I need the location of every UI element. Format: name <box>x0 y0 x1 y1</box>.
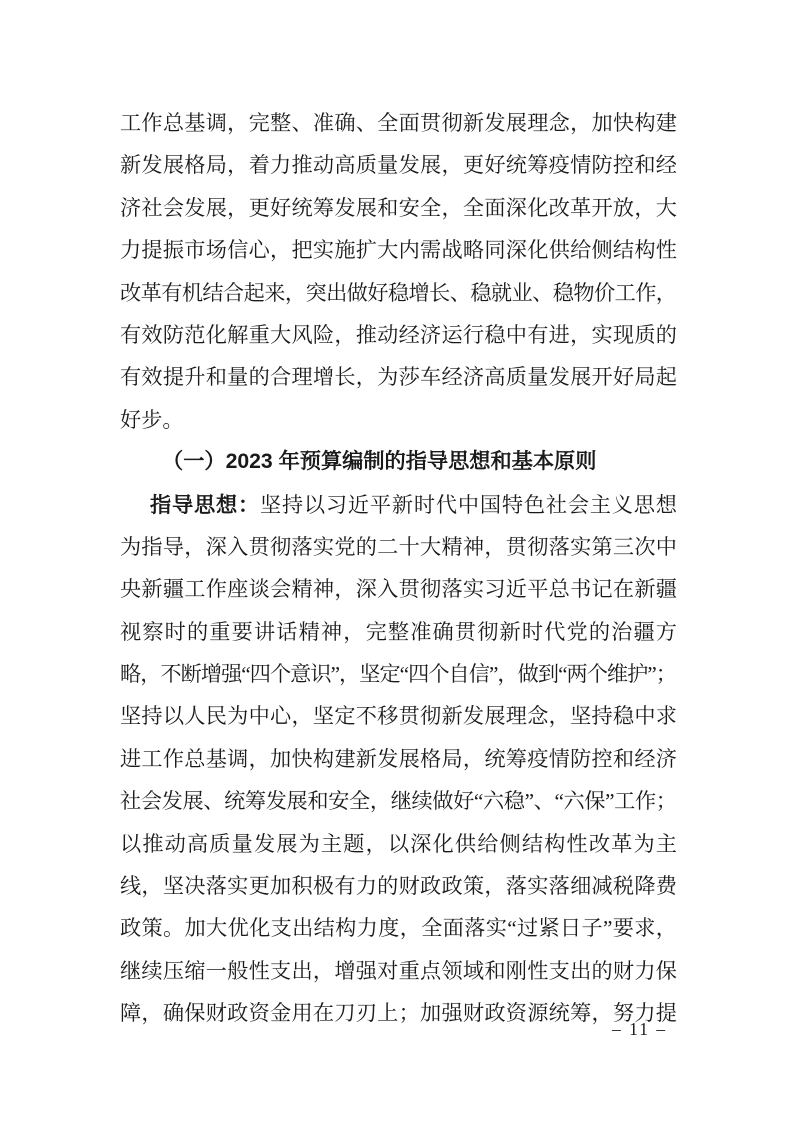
text-line: 力提振市场信心，把实施扩大内需战略同深化供给侧结构性 <box>120 229 677 271</box>
text-line: 障，确保财政资金用在刀刃上；加强财政资源统筹，努力提 <box>120 992 677 1034</box>
bold-lead: 指导思想： <box>150 494 260 517</box>
text-line: 社会发展、统筹发展和安全，继续做好“六稳”、“六保”工作； <box>120 780 677 822</box>
text-line: 改革有机结合起来，突出做好稳增长、稳就业、稳物价工作， <box>120 272 677 314</box>
text-line: 视察时的重要讲话精神，完整准确贯彻新时代党的治疆方 <box>120 611 677 653</box>
text-line: 济社会发展，更好统筹发展和安全，全面深化改革开放，大 <box>120 187 677 229</box>
text-line: 以推动高质量发展为主题，以深化供给侧结构性改革为主 <box>120 823 677 865</box>
text-line: 指导思想：坚持以习近平新时代中国特色社会主义思想 <box>120 484 677 526</box>
text-line: 央新疆工作座谈会精神，深入贯彻落实习近平总书记在新疆 <box>120 568 677 610</box>
paragraph-1: 工作总基调，完整、准确、全面贯彻新发展理念，加快构建新发展格局，着力推动高质量发… <box>120 102 677 441</box>
text-line: 有效防范化解重大风险，推动经济运行稳中有进，实现质的 <box>120 314 677 356</box>
page-body: 工作总基调，完整、准确、全面贯彻新发展理念，加快构建新发展格局，着力推动高质量发… <box>120 102 677 1035</box>
text-line: 略，不断增强“四个意识”，坚定“四个自信”，做到“两个维护”； <box>120 653 677 695</box>
text-line: 有效提升和量的合理增长，为莎车经济高质量发展开好局起 <box>120 356 677 398</box>
text-line: 政策。加大优化支出结构力度，全面落实“过紧日子”要求， <box>120 907 677 949</box>
text-line: 新发展格局，着力推动高质量发展，更好统筹疫情防控和经 <box>120 144 677 186</box>
text-line: 好步。 <box>120 399 677 441</box>
text-line: 工作总基调，完整、准确、全面贯彻新发展理念，加快构建 <box>120 102 677 144</box>
page-number: – 11 – <box>612 1018 667 1040</box>
paragraph-2: 指导思想：坚持以习近平新时代中国特色社会主义思想为指导，深入贯彻落实党的二十大精… <box>120 484 677 1035</box>
text-line: 坚持以人民为中心，坚定不移贯彻新发展理念，坚持稳中求 <box>120 695 677 737</box>
text-line: 进工作总基调，加快构建新发展格局，统筹疫情防控和经济 <box>120 738 677 780</box>
section-heading: （一）2023 年预算编制的指导思想和基本原则 <box>120 441 677 483</box>
text-line: 继续压缩一般性支出，增强对重点领域和刚性支出的财力保 <box>120 950 677 992</box>
text-line: 为指导，深入贯彻落实党的二十大精神，贯彻落实第三次中 <box>120 526 677 568</box>
text-line: 线，坚决落实更加积极有力的财政政策，落实落细减税降费 <box>120 865 677 907</box>
document-page: 工作总基调，完整、准确、全面贯彻新发展理念，加快构建新发展格局，着力推动高质量发… <box>0 0 793 1122</box>
